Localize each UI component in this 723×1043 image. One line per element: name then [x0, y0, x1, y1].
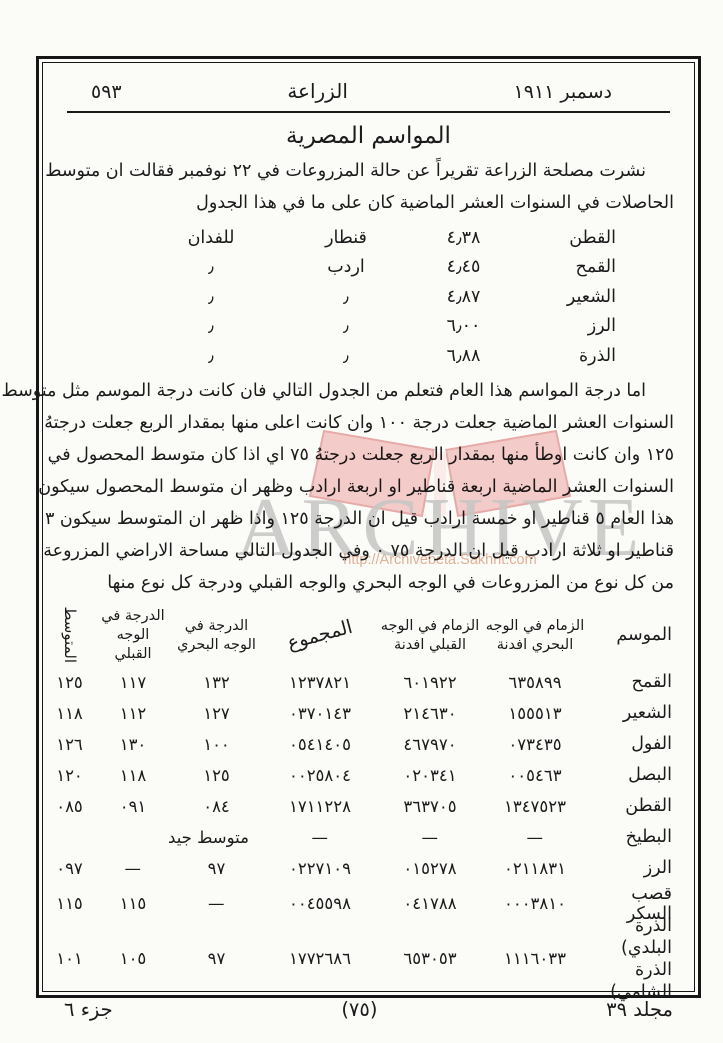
cell-deg-qibli: ١١٢ [97, 704, 169, 723]
col-header-zimam-qibli: الزمام في الوجه القبلي افدنة [376, 617, 484, 655]
table-row: القطن ١٣٤٧٥٢٣ ٣٦٣٧٠٥ ١٧١١٢٢٨ ٠٨٤ ٠٩١ ٠٨٥ [63, 791, 674, 822]
col-header-total: المجموع [263, 612, 376, 659]
table-row: الشعير ١٥٥٥١٣ ٢١٤٦٣٠ ٠٣٧٠١٤٣ ١٢٧ ١١٢ ١١٨ [63, 698, 674, 729]
cell-deg-qibli: ٠٩١ [97, 797, 169, 816]
masthead: دسمبر ١٩١١ الزراعة ٥٩٣ [63, 63, 674, 105]
cell-crop: البطيخ [586, 827, 674, 847]
page-frame-inner: دسمبر ١٩١١ الزراعة ٥٩٣ المواسم المصرية ن… [42, 62, 695, 992]
crop-name: الذرة الشامي [617, 960, 672, 1002]
col-header-line: الزمام في الوجه [484, 617, 586, 636]
cell-zimam-qibli: ٦٠١٩٢٢ [376, 673, 484, 692]
col-header-line: القبلي افدنة [376, 636, 484, 655]
scanned-journal-page: دسمبر ١٩١١ الزراعة ٥٩٣ المواسم المصرية ن… [0, 0, 723, 1043]
masthead-date: دسمبر ١٩١١ [514, 81, 612, 103]
cell-average: ٠٩٧ [42, 859, 97, 878]
cell-total: ٠٠٤٥٥٩٨ [264, 894, 376, 913]
intro-line: نشرت مصلحة الزراعة تقريراً عن حالة المزر… [63, 155, 674, 187]
cell-deg-qibli: — [97, 859, 169, 878]
crop-name: الرز [521, 312, 616, 342]
page-footer: مجلد ٣٩ (٧٥) جزء ٦ [36, 998, 695, 1021]
cell-crop: الشعير [586, 703, 674, 723]
cell-average: ١٠١ [42, 949, 97, 968]
col-header-deg-qibli: الدرجة في الوجه القبلي [97, 607, 169, 664]
cell-crop: القمح [586, 672, 674, 692]
col-header-deg-bahari: الدرجة في الوجه البحري [169, 617, 264, 655]
cell-average: ١٢٥ [42, 673, 97, 692]
cell-deg-qibli: ١١٥ [97, 894, 169, 913]
table-row: القمح ٦٣٥٨٩٩ ٦٠١٩٢٢ ١٢٣٧٨٢١ ١٣٢ ١١٧ ١٢٥ [63, 667, 674, 698]
cell-zimam-qibli: — [376, 828, 484, 847]
cell-deg-qibli: ١١٧ [97, 673, 169, 692]
cell-zimam-bahari: — [484, 828, 586, 847]
cell-zimam-qibli: ٦٥٣٠٥٣ [376, 949, 484, 968]
yield-unit: اردب [286, 253, 406, 283]
cell-total: ٠٣٧٠١٤٣ [264, 704, 376, 723]
yield-per-unit: ٫ [136, 312, 286, 342]
cell-deg-bahari: ٠٨٤ [169, 797, 264, 816]
cell-crop: الرز [586, 858, 674, 878]
cell-total: ١٧٧٢٦٨٦ [264, 949, 376, 968]
yield-unit: قنطار [286, 223, 406, 253]
cell-average: ١٢٦ [42, 735, 97, 754]
cell-crop: البصل [586, 765, 674, 785]
col-header-average: المتوسط [60, 608, 79, 663]
body-line: قناطير او ثلاثة ارادب قيل ان الدرجة ٧٥ ٠… [63, 535, 674, 567]
cell-total: ٠٢٢٧١٠٩ [264, 859, 376, 878]
crop-name-line: الذرة البلدي( [586, 915, 672, 959]
yields-list: القطن ٤٫٣٨ قنطار للفدان القمح ٤٫٤٥ اردب … [136, 223, 616, 371]
footer-part: جزء ٦ [64, 998, 113, 1021]
yield-per-unit: ٫ [136, 341, 286, 371]
table-row: قصب السكر ٠٠٠٣٨١٠ ٠٤١٧٨٨ ٠٠٤٥٥٩٨ — ١١٥ ١… [63, 884, 674, 915]
footer-page-number: (٧٥) [341, 998, 377, 1021]
cell-deg-bahari: ١٢٧ [169, 704, 264, 723]
seasons-table: الموسم الزمام في الوجه البحري افدنة الزم… [63, 605, 674, 969]
cell-zimam-bahari: ٠٠٠٣٨١٠ [484, 894, 586, 913]
cell-zimam-bahari: ١٣٤٧٥٢٣ [484, 797, 586, 816]
crop-name: الذرة البلدي [628, 916, 672, 958]
intro-paragraph: نشرت مصلحة الزراعة تقريراً عن حالة المزر… [63, 155, 674, 219]
col-header-line: الزمام في الوجه [376, 617, 484, 636]
masthead-page-number: ٥٩٣ [91, 81, 122, 103]
cell-total: ٠٠٢٥٨٠٤ [264, 766, 376, 785]
cell-zimam-qibli: ٠٢٠٣٤١ [376, 766, 484, 785]
body-line: هذا العام ٥ قناطير او خمسة ارادب قيل ان … [63, 503, 674, 535]
table-row: البطيخ — — — متوسط جيد [63, 822, 674, 853]
cell-total: ١٢٣٧٨٢١ [264, 673, 376, 692]
yield-per-unit: ٫ [136, 282, 286, 312]
cell-average: ١٢٠ [42, 766, 97, 785]
cell-total: ٠٥٤١٤٠٥ [264, 735, 376, 754]
cell-zimam-bahari: ٠٧٣٤٣٥ [484, 735, 586, 754]
brace-glyph: ( [621, 937, 628, 959]
cell-zimam-bahari: ٠٢١١٨٣١ [484, 859, 586, 878]
yield-value: ٤٫٣٨ [406, 223, 521, 253]
cell-note: متوسط جيد [125, 828, 292, 847]
yield-value: ٦٫٠٠ [406, 312, 521, 342]
cell-deg-bahari: ١٠٠ [169, 735, 264, 754]
yield-unit: ٫ [286, 341, 406, 371]
cell-deg-bahari: ٩٧ [169, 859, 264, 878]
body-line: ١٢٥ وان كانت اوطأ منها بمقدار الربع جعلت… [63, 439, 674, 471]
cell-average: ١١٨ [42, 704, 97, 723]
cell-deg-bahari: — [169, 894, 264, 913]
yield-unit: ٫ [286, 282, 406, 312]
crop-name: القطن [521, 223, 616, 253]
body-line: اما درجة المواسم هذا العام فتعلم من الجد… [63, 375, 674, 407]
col-header-line: الوجه البحري [169, 636, 264, 655]
table-row: الرز ٠٢١١٨٣١ ٠١٥٢٧٨ ٠٢٢٧١٠٩ ٩٧ — ٠٩٧ [63, 853, 674, 884]
col-header-line: البحري افدنة [484, 636, 586, 655]
col-header-line: الوجه القبلي [97, 626, 169, 664]
footer-volume: مجلد ٣٩ [606, 998, 673, 1021]
yield-unit: ٫ [286, 312, 406, 342]
cell-zimam-qibli: ٣٦٣٧٠٥ [376, 797, 484, 816]
crop-name: الذرة [521, 341, 616, 371]
crop-name: القمح [521, 253, 616, 283]
cell-zimam-qibli: ٢١٤٦٣٠ [376, 704, 484, 723]
cell-deg-qibli: ١٠٥ [97, 949, 169, 968]
col-header-crop: الموسم [586, 626, 674, 645]
crop-name-line: الذرة الشامي( [586, 959, 672, 1003]
yield-value: ٦٫٨٨ [406, 341, 521, 371]
masthead-journal-title: الزراعة [287, 79, 348, 103]
yield-value: ٤٫٤٥ [406, 253, 521, 283]
cell-zimam-bahari: ١٥٥٥١٣ [484, 704, 586, 723]
yield-value: ٤٫٨٧ [406, 282, 521, 312]
table-row: البصل ٠٠٥٤٦٣ ٠٢٠٣٤١ ٠٠٢٥٨٠٤ ١٢٥ ١١٨ ١٢٠ [63, 760, 674, 791]
col-header-line: الدرجة في [169, 617, 264, 636]
col-header-line: الدرجة في [97, 607, 169, 626]
cell-deg-qibli: ١١٨ [97, 766, 169, 785]
cell-average: ١١٥ [42, 894, 97, 913]
body-line: من كل نوع من المزروعات في الوجه البحري و… [63, 567, 674, 599]
cell-crop: الذرة البلدي( الذرة الشامي( [586, 915, 674, 1003]
yield-per-unit: ٫ [136, 253, 286, 283]
cell-zimam-bahari: ١١١٦٠٣٣ [484, 949, 586, 968]
cell-zimam-bahari: ٦٣٥٨٩٩ [484, 673, 586, 692]
cell-average: ٠٨٥ [42, 797, 97, 816]
cell-deg-bahari: ٩٧ [169, 949, 264, 968]
table-header-row: الموسم الزمام في الوجه البحري افدنة الزم… [63, 605, 674, 667]
article-title: المواسم المصرية [63, 123, 674, 149]
cell-zimam-qibli: ٠١٥٢٧٨ [376, 859, 484, 878]
intro-line: الحاصلات في السنوات العشر الماضية كان عل… [63, 187, 674, 219]
yield-per-unit: للفدان [136, 223, 286, 253]
crop-name: الشعير [521, 282, 616, 312]
body-line: السنوات العشر الماضية اربعة قناطير او ار… [63, 471, 674, 503]
table-row: الذرة البلدي( الذرة الشامي( ١١١٦٠٣٣ ٦٥٣٠… [63, 915, 674, 969]
masthead-rule [67, 111, 670, 113]
cell-deg-bahari: ١٣٢ [169, 673, 264, 692]
table-row: الفول ٠٧٣٤٣٥ ٤٦٧٩٧٠ ٠٥٤١٤٠٥ ١٠٠ ١٣٠ ١٢٦ [63, 729, 674, 760]
body-line: السنوات العشر الماضية جعلت درجة ١٠٠ وان … [63, 407, 674, 439]
page-frame: دسمبر ١٩١١ الزراعة ٥٩٣ المواسم المصرية ن… [36, 56, 701, 998]
cell-crop: القطن [586, 796, 674, 816]
cell-zimam-bahari: ٠٠٥٤٦٣ [484, 766, 586, 785]
body-paragraph: اما درجة المواسم هذا العام فتعلم من الجد… [63, 375, 674, 599]
cell-deg-bahari: ١٢٥ [169, 766, 264, 785]
cell-crop: الفول [586, 734, 674, 754]
cell-total: ١٧١١٢٢٨ [264, 797, 376, 816]
cell-zimam-qibli: ٤٦٧٩٧٠ [376, 735, 484, 754]
cell-deg-qibli: ١٣٠ [97, 735, 169, 754]
cell-zimam-qibli: ٠٤١٧٨٨ [376, 894, 484, 913]
col-header-zimam-bahari: الزمام في الوجه البحري افدنة [484, 617, 586, 655]
